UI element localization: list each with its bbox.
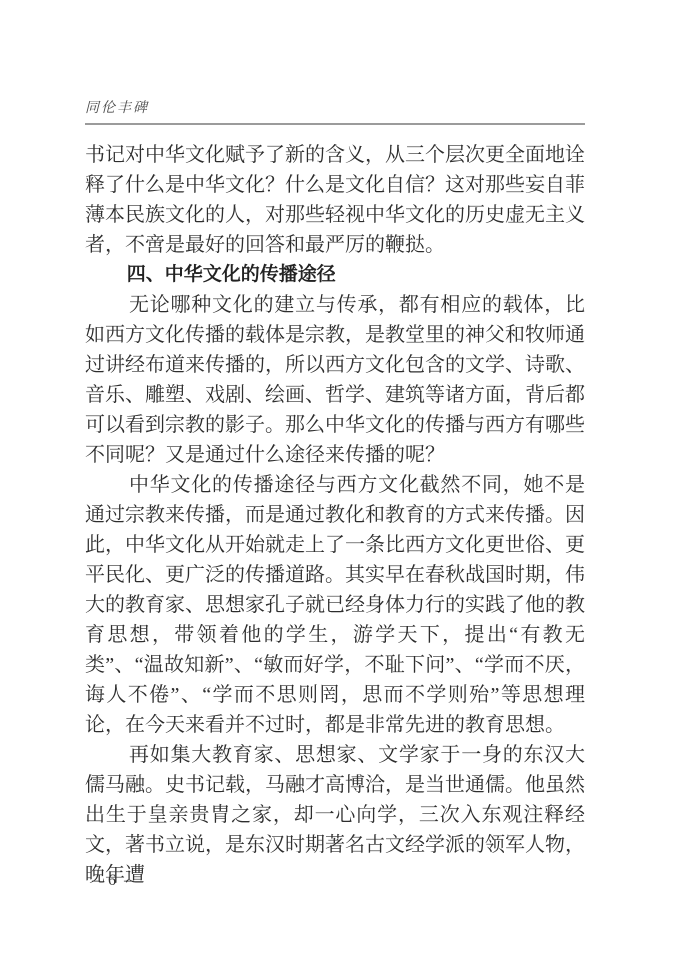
section-heading: 四、中华文化的传播途径 xyxy=(85,260,585,290)
running-header-title: 同伦丰碑 xyxy=(85,101,149,116)
body-paragraph: 再如集大教育家、思想家、文学家于一身的东汉大儒马融。史书记载，马融才高博洽，是当… xyxy=(85,740,585,890)
running-header: 同伦丰碑 xyxy=(85,97,585,125)
page-body: 书记对中华文化赋予了新的含义，从三个层次更全面地诠释了什么是中华文化？什么是文化… xyxy=(85,140,585,890)
body-paragraph-continuation: 书记对中华文化赋予了新的含义，从三个层次更全面地诠释了什么是中华文化？什么是文化… xyxy=(85,140,585,260)
page-number: – 6 – xyxy=(92,872,134,890)
body-paragraph: 中华文化的传播途径与西方文化截然不同，她不是通过宗教来传播，而是通过教化和教育的… xyxy=(85,470,585,740)
book-page: 同伦丰碑 书记对中华文化赋予了新的含义，从三个层次更全面地诠释了什么是中华文化？… xyxy=(0,0,692,968)
body-paragraph: 无论哪种文化的建立与传承，都有相应的载体，比如西方文化传播的载体是宗教，是教堂里… xyxy=(85,290,585,470)
